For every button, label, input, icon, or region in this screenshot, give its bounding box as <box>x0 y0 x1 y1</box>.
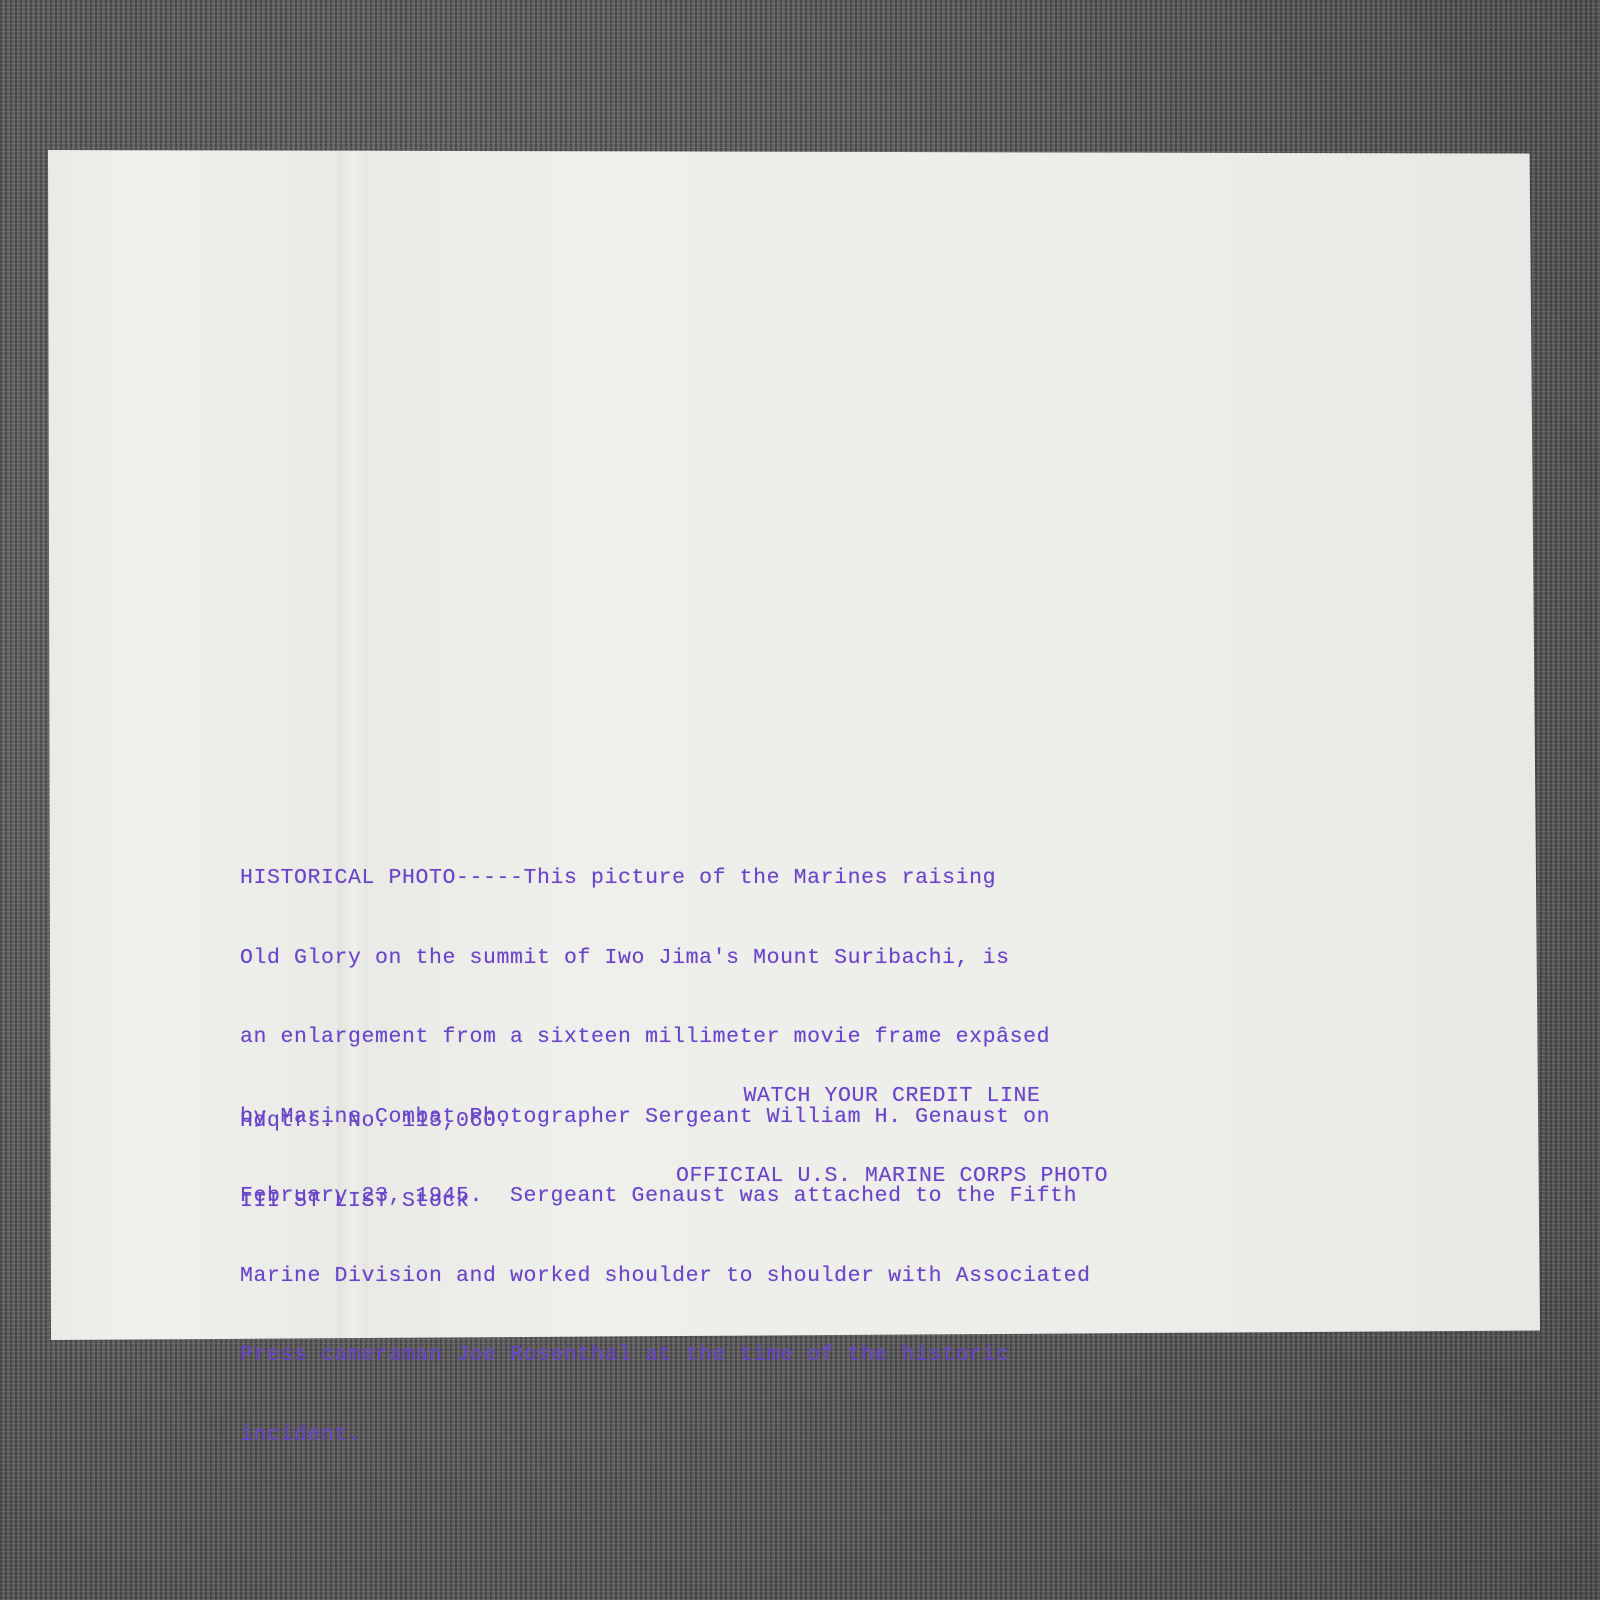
caption-line: HISTORICAL PHOTO-----This picture of the… <box>240 865 1091 892</box>
credit-warning: WATCH YOUR CREDIT LINE <box>676 1083 1108 1110</box>
caption-line: Press cameraman Joe Rosenthal at the tim… <box>240 1342 1091 1369</box>
caption-line: Marine Division and worked shoulder to s… <box>240 1263 1091 1290</box>
stock-list: III ST LIST Stock <box>240 1188 510 1215</box>
headquarters-reference: Hdqtrs. No. 113,060. III ST LIST Stock <box>240 1055 510 1241</box>
credit-line-block: WATCH YOUR CREDIT LINE OFFICIAL U.S. MAR… <box>676 1030 1108 1216</box>
hq-number: Hdqtrs. No. 113,060. <box>240 1108 510 1135</box>
caption-line: Old Glory on the summit of Iwo Jima's Mo… <box>240 945 1091 972</box>
official-credit: OFFICIAL U.S. MARINE CORPS PHOTO <box>676 1163 1108 1190</box>
caption-line: incident. <box>240 1422 1091 1449</box>
